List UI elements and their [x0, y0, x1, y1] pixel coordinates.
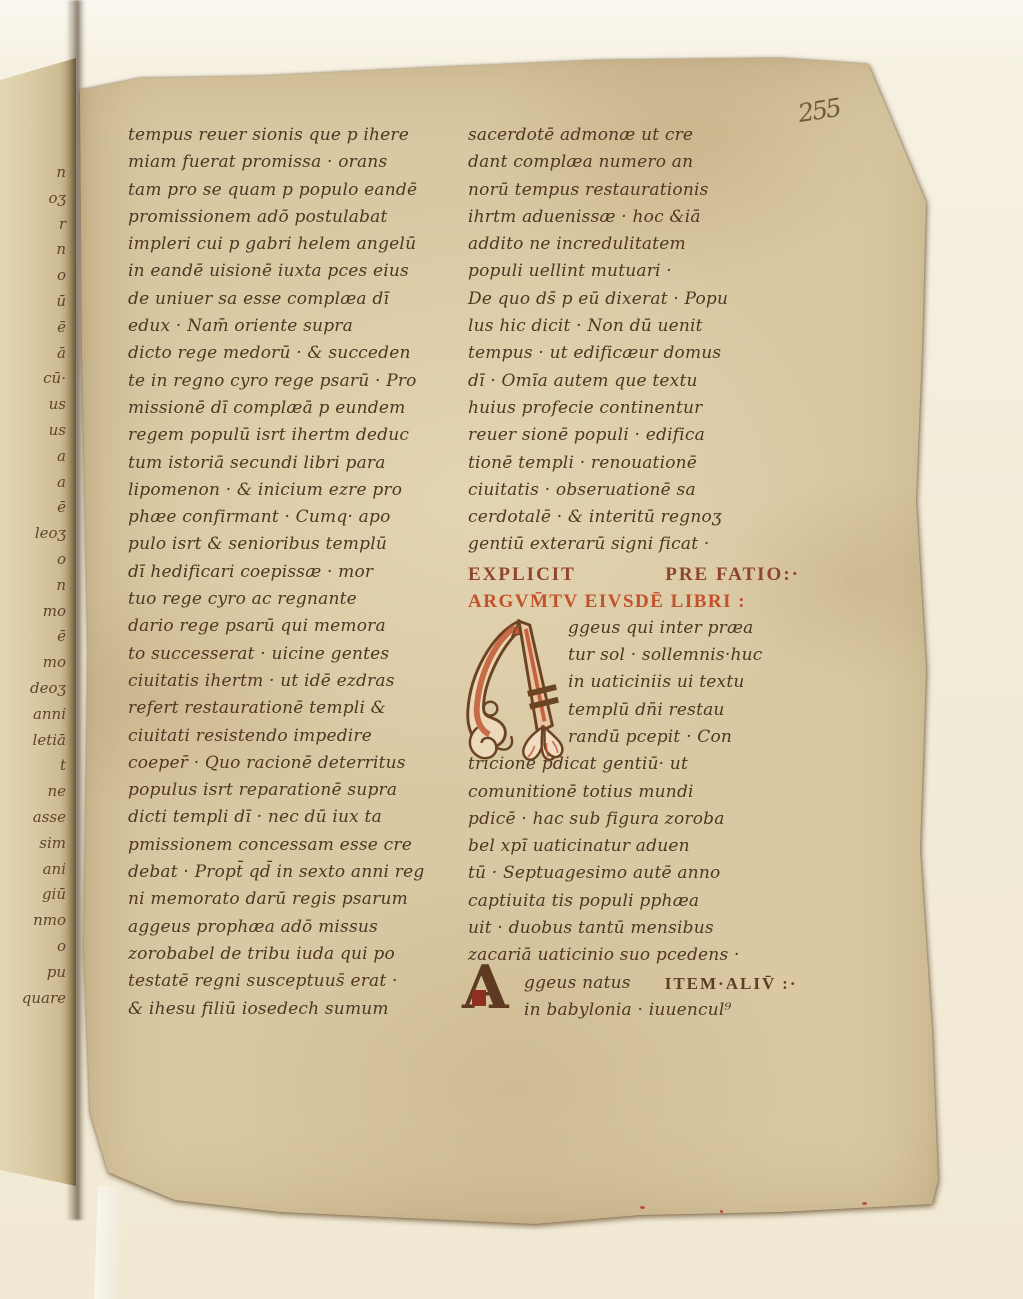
fragment-line: o: [6, 263, 66, 289]
fragment-line: a: [6, 444, 66, 470]
text-line: norū tempus restaurationis: [468, 177, 820, 204]
fragment-line: us: [6, 392, 66, 418]
fragment-line: o: [6, 547, 66, 573]
text-line: edux · Nam̄ oriente supra: [128, 313, 473, 340]
initial-a-letter: A: [462, 953, 509, 1023]
fragment-line: t: [6, 753, 66, 779]
fragment-line: letiā: [6, 728, 66, 754]
fragment-line: o: [6, 934, 66, 960]
text-line: pmissionem concessam esse cre: [128, 832, 473, 859]
fragment-line: quare: [6, 986, 66, 1012]
text-line: zorobabel de tribu iuda qui po: [128, 941, 473, 968]
text-line: cerdotalē · & interitū regnoʒ: [468, 504, 820, 531]
text-line: ihrtm aduenissæ · hoc &iā: [468, 204, 820, 231]
text-line: aggeus prophæa adō missus: [128, 914, 473, 941]
last-line: in babylonia · iuuencul⁹: [468, 997, 820, 1024]
text-line: tum istoriā secundi libri para: [128, 450, 473, 477]
text-line: dant complæa numero an: [468, 149, 820, 176]
item-alivd-label: ITEM·ALIV̄ :·: [665, 970, 798, 997]
text-line: miam fuerat promissa · orans: [128, 149, 473, 176]
rubric-explicit-word: EXPLICIT: [468, 561, 576, 588]
text-line: dicti templi dī · nec dū iux ta: [128, 804, 473, 831]
text-line: regem populū isrt ihertm deduc: [128, 422, 473, 449]
text-line: tempus · ut edificæur domus: [468, 340, 820, 367]
fragment-line: ē: [6, 315, 66, 341]
aggeus-line: ggeus natus ITEM·ALIV̄ :·: [468, 970, 820, 997]
text-line: captiuita tis populi pphæa: [468, 888, 820, 915]
fragment-line: a: [6, 470, 66, 496]
text-line: lus hic dicit · Non dū uenit: [468, 313, 820, 340]
fragment-line: leoʒ: [6, 521, 66, 547]
fragment-line: ā: [6, 341, 66, 367]
text-line: lipomenon · & inicium ezre pro: [128, 477, 473, 504]
text-line: bel xpī uaticinatur aduen: [468, 833, 820, 860]
fragment-line: pu: [6, 960, 66, 986]
fragment-line: ē: [6, 495, 66, 521]
text-line: gentiū exterarū signi ficat ·: [468, 531, 820, 558]
fragment-line: cū·: [6, 366, 66, 392]
edge-stain: [720, 1210, 723, 1213]
aggeus-text: ggeus natus: [524, 970, 631, 997]
text-line: pulo isrt & senioribus templū: [128, 531, 473, 558]
text-line: comunitionē totius mundi: [468, 779, 820, 806]
text-line: populus isrt reparationē supra: [128, 777, 473, 804]
text-line: dī · Omīa autem que textu: [468, 368, 820, 395]
text-line: dī hedificari coepissæ · mor: [128, 559, 473, 586]
edge-stain: [862, 1202, 867, 1205]
initial-a-counter: [472, 990, 486, 1006]
text-line: tionē templi · renouationē: [468, 450, 820, 477]
text-line: to successerat · uicine gentes: [128, 641, 473, 668]
text-line: zacariā uaticinio suo pcedens ·: [468, 942, 820, 969]
argument-block: ggeus qui inter præatur sol · sollemnis·…: [468, 615, 820, 1024]
right-text-column: sacerdotē admonæ ut credant complæa nume…: [468, 122, 820, 1024]
text-line: dicto rege medorū · & succeden: [128, 340, 473, 367]
backing-sheet: [94, 1186, 124, 1299]
fragment-line: ē: [6, 624, 66, 650]
text-line: huius profecie continentur: [468, 395, 820, 422]
text-line: ciuitatis · obseruationē sa: [468, 477, 820, 504]
rubric-argument-title: ARGVM̄TV EIVSDĒ LIBRI :: [468, 588, 820, 615]
text-line: ni memorato darū regis psarum: [128, 886, 473, 913]
fragment-line: deoʒ: [6, 676, 66, 702]
text-line: De quo ds̄ p eū dixerat · Popu: [468, 286, 820, 313]
fragment-line: oʒ: [6, 186, 66, 212]
fragment-line: n: [6, 573, 66, 599]
initial-a-maroon: A: [462, 958, 509, 1018]
fragment-line: sim: [6, 831, 66, 857]
fragment-line: ne: [6, 779, 66, 805]
fragment-line: giū: [6, 882, 66, 908]
text-line: te in regno cyro rege psarū · Pro: [128, 368, 473, 395]
fragment-line: us: [6, 418, 66, 444]
rubric-prefatio: PRE FATIO:·: [665, 561, 800, 588]
text-line: missionē dī complæā p eundem: [128, 395, 473, 422]
text-line: refert restaurationē templi &: [128, 695, 473, 722]
fragment-line: n: [6, 237, 66, 263]
text-line: reuer sionē populi · edifica: [468, 422, 820, 449]
manuscript-page: 255 tempus reuer sionis que p iheremiam …: [80, 50, 945, 1230]
text-line: tū · Septuagesimo autē anno: [468, 860, 820, 887]
text-line: uit · duobus tantū mensibus: [468, 915, 820, 942]
text-line: tempus reuer sionis que p ihere: [128, 122, 473, 149]
fragment-line: nmo: [6, 908, 66, 934]
right-column-prose: sacerdotē admonæ ut credant complæa nume…: [468, 122, 820, 559]
fragment-line: ani: [6, 857, 66, 883]
text-line: in eandē uisionē iuxta pces eius: [128, 258, 473, 285]
text-line: de uniuer sa esse complæa dī: [128, 286, 473, 313]
text-line: debat · Propt̄ qd̄ in sexto anni reg: [128, 859, 473, 886]
facing-page-fragments: noʒrnoūēācū·ususaaēleoʒonmoēmodeoʒannile…: [6, 160, 66, 1011]
fragment-line: mo: [6, 650, 66, 676]
argument-lines-full: tricionē pdicat gentiū· utcomunitionē to…: [468, 751, 820, 969]
text-line: populi uellint mutuari ·: [468, 258, 820, 285]
edge-stain: [640, 1206, 645, 1209]
fragment-line: n: [6, 160, 66, 186]
text-line: ciuitati resistendo impedire: [128, 723, 473, 750]
fragment-line: ū: [6, 289, 66, 315]
fragment-line: anni: [6, 702, 66, 728]
facing-page-edge: noʒrnoūēācū·ususaaēleoʒonmoēmodeoʒannile…: [0, 58, 76, 1190]
rubric-explicit: EXPLICIT PRE FATIO:·: [468, 561, 800, 588]
fragment-line: mo: [6, 599, 66, 625]
text-line: phæe confirmant · Cumq· apo: [128, 504, 473, 531]
text-line: dario rege psarū qui memora: [128, 613, 473, 640]
fragment-line: asse: [6, 805, 66, 831]
text-line: coeper̄ · Quo racionē deterritus: [128, 750, 473, 777]
text-line: & ihesu filiū iosedech sumum: [128, 996, 473, 1023]
text-line: pdicē · hac sub figura zoroba: [468, 806, 820, 833]
text-line: sacerdotē admonæ ut cre: [468, 122, 820, 149]
fragment-line: r: [6, 212, 66, 238]
left-text-column: tempus reuer sionis que p iheremiam fuer…: [128, 122, 473, 1023]
text-line: testatē regni susceptuus̄ erat ·: [128, 968, 473, 995]
text-line: promissionem adō postulabat: [128, 204, 473, 231]
text-line: addito ne incredulitatem: [468, 231, 820, 258]
text-line: impleri cui p gabri helem angelū: [128, 231, 473, 258]
text-line: tuo rege cyro ac regnante: [128, 586, 473, 613]
text-line: ciuitatis ihertm · ut idē ezdras: [128, 668, 473, 695]
decorated-initial-a-icon: [456, 612, 574, 762]
text-line: tam pro se quam p populo eandē: [128, 177, 473, 204]
